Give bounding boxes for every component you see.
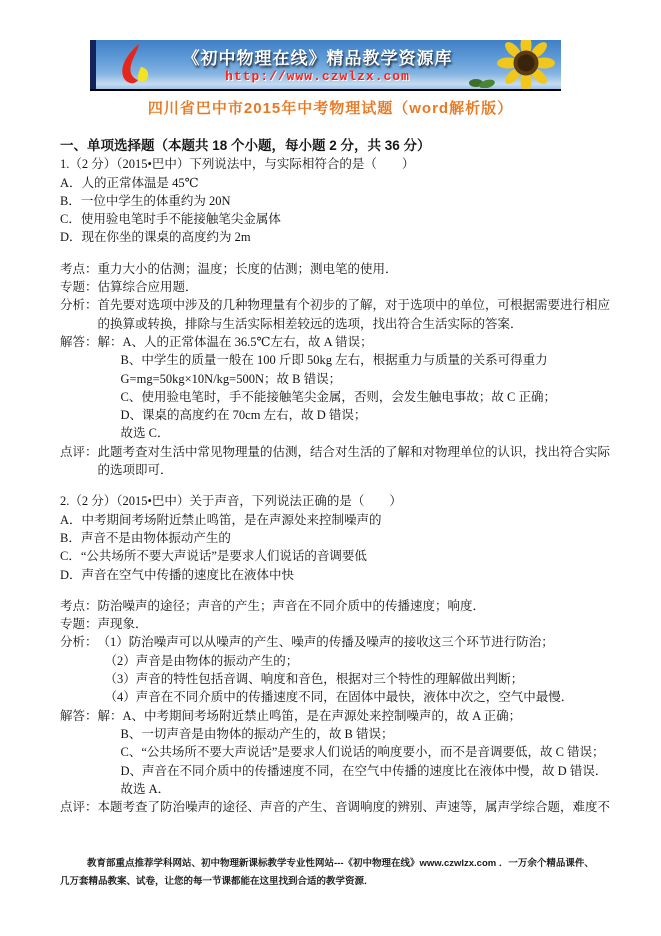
row-line: D、课桌的高度约在 70cm 左右，故 D 错误； [98, 406, 608, 424]
row-line: 故选 A． [98, 780, 608, 798]
document-page: 《初中物理在线》精品教学资源库 http://www.czwlzx.com [0, 0, 661, 936]
row-line: C、“公共场所不要大声说话”是要求人们说话的响度要小，而不是音调要低，故 C 错… [98, 743, 608, 761]
row-label: 专题： [60, 615, 98, 633]
row-line: 首先要对选项中涉及的几种物理量有个初步的了解，对于选项中的单位，可根据需要进行相… [98, 296, 608, 314]
row-label: 分析： [60, 633, 98, 706]
row-line: 解：A、人的正常体温在 36.5℃左右，故 A 错误； [98, 333, 608, 351]
row-line: D、声音在不同介质中的传播速度不同，在空气中传播的速度比在液体中慢，故 D 错误… [98, 762, 608, 780]
row-label: 解答： [60, 707, 98, 798]
banner-left-strip [90, 40, 96, 89]
row-line: （3）声音的特性包括音调、响度和音色，根据对三个特性的理解做出判断； [98, 670, 608, 688]
banner-text-block: 《初中物理在线》精品教学资源库 http://www.czwlzx.com [160, 44, 475, 84]
q2-row-zhuanti: 专题： 声现象． [60, 615, 608, 633]
banner-site-title: 《初中物理在线》精品教学资源库 [160, 44, 475, 69]
row-line: 故选 C． [98, 424, 608, 442]
question-1-stem: 1.（2 分）（2015•巴中）下列说法中，与实际相符合的是（ ） [60, 155, 608, 173]
row-line: 防治噪声的途径；声音的产生；声音在不同介质中的传播速度；响度． [98, 597, 608, 615]
row-line: （2）声音是由物体的振动产生的； [98, 652, 608, 670]
blank-line [60, 479, 608, 492]
q2-row-kaodian: 考点： 防治噪声的途径；声音的产生；声音在不同介质中的传播速度；响度． [60, 597, 608, 615]
row-line: 此题考查对生活中常见物理量的估测，结合对生活的了解和对物理单位的认识，找出符合实… [98, 443, 608, 461]
row-line: C、使用验电笔时，手不能接触笔尖金属，否则，会发生触电事故；故 C 正确； [98, 388, 608, 406]
document-title: 四川省巴中市2015年中考物理试题（word解析版） [0, 97, 661, 118]
q1-row-kaodian: 考点： 重力大小的估测；温度；长度的估测；测电笔的使用． [60, 260, 608, 278]
footer-note: 教育部重点推荐学科网站、初中物理新课标教学专业性网站---《初中物理在线》www… [60, 855, 620, 891]
q2-row-fenxi: 分析： （1）防治噪声可以从噪声的产生、噪声的传播及噪声的接收这三个环节进行防治… [60, 633, 608, 706]
q1-row-zhuanti: 专题： 估算综合应用题． [60, 278, 608, 296]
document-body: 一、单项选择题（本题共 18 个小题，每小题 2 分，共 36 分） 1.（2 … [60, 137, 608, 816]
row-label: 点评： [60, 443, 98, 480]
question-1-option-b: B．一位中学生的体重约为 20N [60, 192, 608, 210]
q1-row-dianping: 点评： 此题考查对生活中常见物理量的估测，结合对生活的了解和对物理单位的认识，找… [60, 443, 608, 480]
row-line: 重力大小的估测；温度；长度的估测；测电笔的使用． [98, 260, 608, 278]
row-line: B、中学生的质量一般在 100 斤即 50kg 左右，根据重力与质量的关系可得重… [98, 351, 608, 369]
question-2-option-d: D．声音在空气中传播的速度比在液体中快 [60, 566, 608, 584]
row-line: 声现象． [98, 615, 608, 633]
row-label: 考点： [60, 597, 98, 615]
row-label: 点评： [60, 798, 98, 816]
row-line: 的换算或转换，排除与生活实际相差较远的选项，找出符合生活实际的答案． [98, 315, 608, 333]
row-line: B、一切声音是由物体的振动产生的，故 B 错误； [98, 725, 608, 743]
row-label: 分析： [60, 296, 98, 333]
question-1-option-c: C．使用验电笔时手不能接触笔尖金属体 [60, 210, 608, 228]
question-2-option-a: A．中考期间考场附近禁止鸣笛，是在声源处来控制噪声的 [60, 511, 608, 529]
row-line: 本题考查了防治噪声的途径、声音的产生、音调响度的辨别、声速等，属声学综合题，难度… [98, 798, 608, 816]
row-line: 估算综合应用题． [98, 278, 608, 296]
flame-logo-icon [112, 42, 154, 91]
section-heading: 一、单项选择题（本题共 18 个小题，每小题 2 分，共 36 分） [60, 137, 608, 155]
row-line: （1）防治噪声可以从噪声的产生、噪声的传播及噪声的接收这三个环节进行防治； [98, 633, 608, 651]
question-1-option-d: D．现在你坐的课桌的高度约为 2m [60, 228, 608, 246]
sunflower-icon [495, 40, 557, 91]
footer-line-1: 教育部重点推荐学科网站、初中物理新课标教学专业性网站---《初中物理在线》www… [60, 855, 620, 873]
q1-row-jieda: 解答： 解：A、人的正常体温在 36.5℃左右，故 A 错误； B、中学生的质量… [60, 333, 608, 443]
q2-row-jieda: 解答： 解：A、中考期间考场附近禁止鸣笛，是在声源处来控制噪声的，故 A 正确；… [60, 707, 608, 798]
footer-line-2: 几万套精品教案、试卷，让您的每一节课都能在这里找到合适的教学资源． [60, 873, 620, 891]
row-line: G=mg=50kg×10N/kg=500N；故 B 错误； [98, 370, 608, 388]
row-line: 解：A、中考期间考场附近禁止鸣笛，是在声源处来控制噪声的，故 A 正确； [98, 707, 608, 725]
leaf-icon [469, 74, 495, 91]
header-banner: 《初中物理在线》精品教学资源库 http://www.czwlzx.com [90, 40, 561, 91]
row-label: 解答： [60, 333, 98, 443]
blank-line [60, 584, 608, 597]
q2-row-dianping: 点评： 本题考查了防治噪声的途径、声音的产生、音调响度的辨别、声速等，属声学综合… [60, 798, 608, 816]
question-1-option-a: A．人的正常体温是 45℃ [60, 174, 608, 192]
row-label: 专题： [60, 278, 98, 296]
question-2-option-c: C．“公共场所不要大声说话”是要求人们说话的音调要低 [60, 547, 608, 565]
blank-line [60, 247, 608, 260]
q1-row-fenxi: 分析： 首先要对选项中涉及的几种物理量有个初步的了解，对于选项中的单位，可根据需… [60, 296, 608, 333]
question-2-stem: 2.（2 分）（2015•巴中）关于声音，下列说法正确的是（ ） [60, 492, 608, 510]
row-label: 考点： [60, 260, 98, 278]
banner-site-url[interactable]: http://www.czwlzx.com [160, 69, 475, 84]
row-line: 的选项即可． [98, 461, 608, 479]
row-line: （4）声音在不同介质中的传播速度不同，在固体中最快，液体中次之，空气中最慢． [98, 688, 608, 706]
question-2-option-b: B．声音不是由物体振动产生的 [60, 529, 608, 547]
